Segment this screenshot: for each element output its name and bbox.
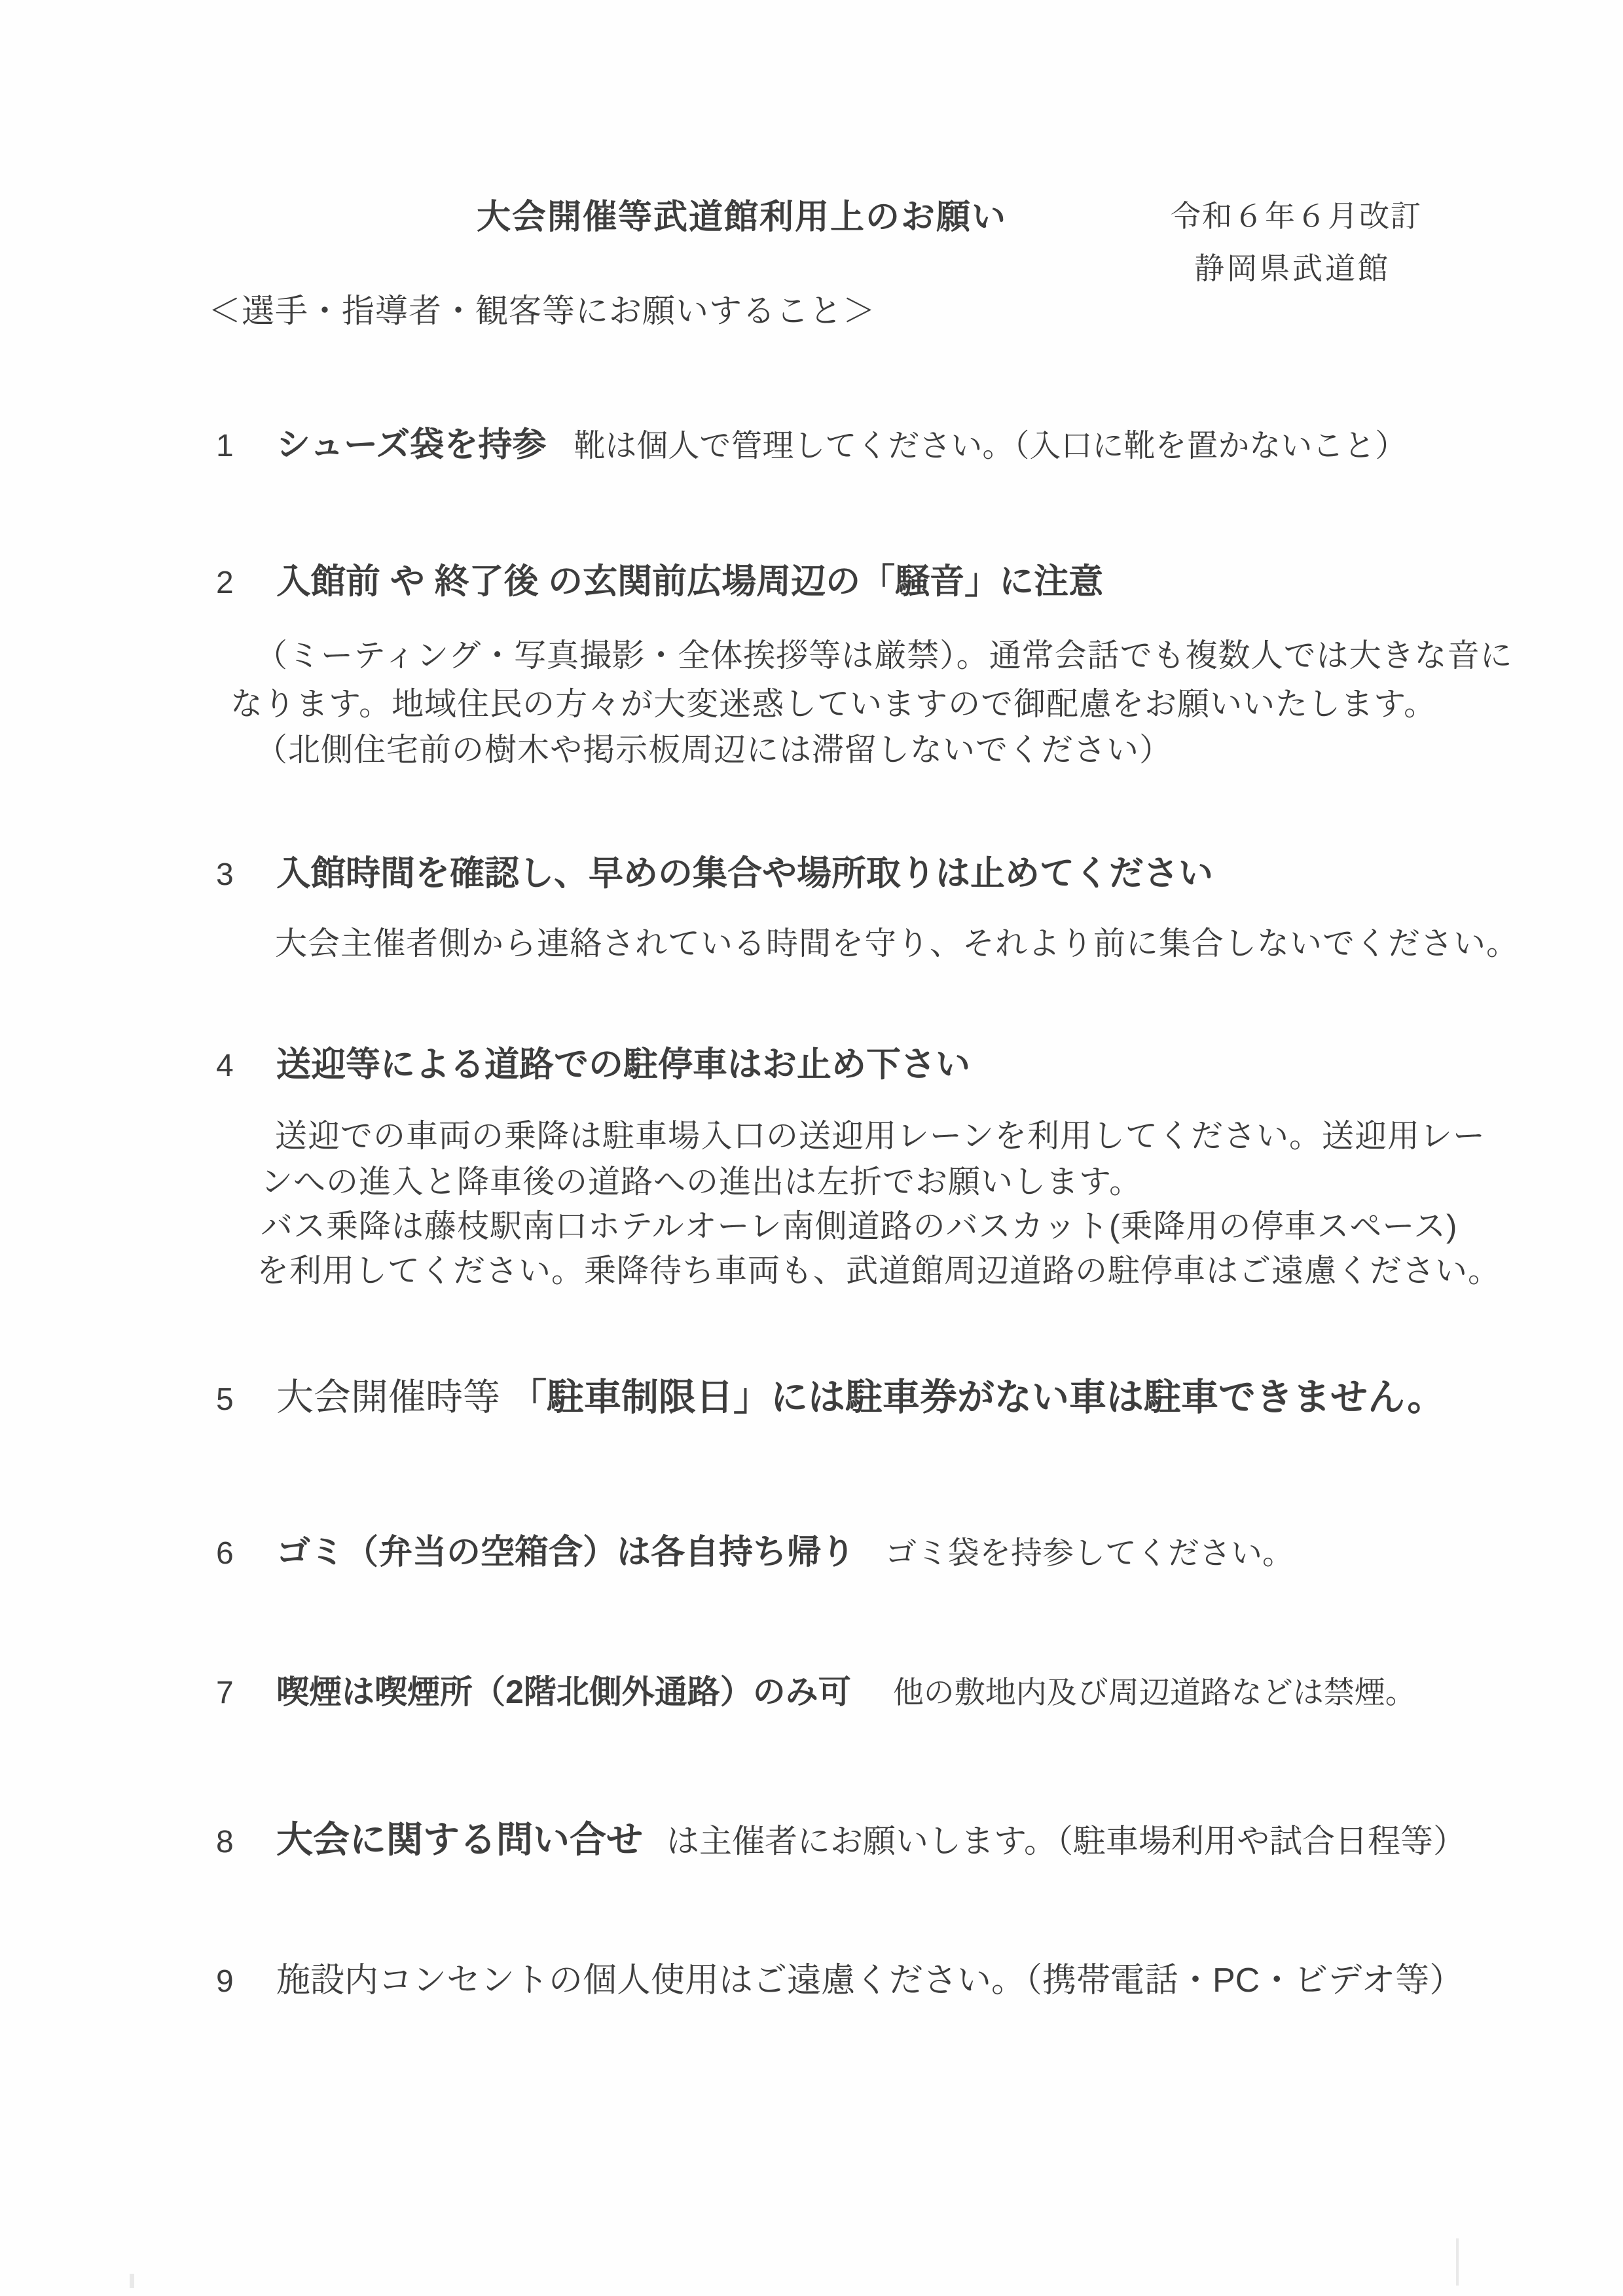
rule-item-7: 7喫煙は喫煙所（2階北側外通路）のみ可他の敷地内及び周辺道路などは禁煙。 [216,1672,1416,1713]
item-number: 4 [216,1047,276,1086]
item-number: 1 [216,427,276,466]
item-number: 8 [216,1823,276,1862]
item-2-body-line: （北側住宅前の樹木や掲示板周辺には滞留しないでください） [255,730,1172,770]
rule-item-1: 1シューズ袋を持参靴は個人で管理してください。（入口に靴を置かないこと） [216,424,1406,467]
revision-date: 令和６年６月改訂 [1171,198,1422,236]
rule-item-3: 3入館時間を確認し、早めの集合や場所取りは止めてください [216,852,1213,895]
item-4-body-line: を利用してください。乗降待ち車両も、武道館周辺道路の駐停車はご遠慮ください。 [257,1251,1501,1291]
rule-item-6: 6ゴミ（弁当の空箱含）は各自持ち帰りゴミ袋を持参してください。 [216,1532,1294,1574]
item-2-body-line: （ミーティング・写真撮影・全体挨拶等は厳禁）。通常会話でも複数人では大きな音に [255,636,1513,676]
scanned-notice-page: 大会開催等武道館利用上のお願い 令和６年６月改訂 静岡県武道館 ＜選手・指導者・… [0,0,1623,2296]
item-number: 2 [216,564,276,603]
item-text-bold: シューズ袋を持参 [276,426,546,464]
item-text-regular: 大会開催時等 [276,1376,500,1418]
item-text-bold: 送迎等による道路での駐停車はお止め下さい [276,1045,970,1084]
rule-item-9: 9施設内コンセントの個人使用はご遠慮ください。（携帯電話・PC・ビデオ等） [216,1960,1463,2002]
rule-item-2: 2入館前 や 終了後 の玄関前広場周辺の「騒音」に注意 [216,560,1103,603]
rule-item-5: 5大会開催時等「駐車制限日」には駐車券がない車は駐車できません。 [216,1374,1444,1421]
organization-name: 静岡県武道館 [1194,250,1391,288]
item-text-regular: ゴミ袋を持参してください。 [885,1536,1294,1571]
item-text-bold: 入館時間を確認し、早めの集合や場所取りは止めてください [276,854,1213,893]
page-title: 大会開催等武道館利用上のお願い [477,196,1007,239]
item-text-regular: は主催者にお願いします。（駐車場利用や試合日程等） [666,1823,1466,1859]
rule-item-8: 8大会に関する問い合せは主催者にお願いします。（駐車場利用や試合日程等） [216,1817,1466,1863]
item-text-regular: 施設内コンセントの個人使用はご遠慮ください。（携帯電話・PC・ビデオ等） [276,1962,1463,2000]
item-number: 7 [216,1674,276,1713]
scan-artifact [130,2274,134,2288]
scan-artifact [1456,2238,1459,2286]
item-text-bold: 入館前 や 終了後 の玄関前広場周辺の「騒音」に注意 [276,562,1103,601]
item-2-body-line: なります。地域住民の方々が大変迷惑していますので御配慮をお願いいたします。 [230,685,1436,725]
item-number: 9 [216,1962,276,2001]
rule-item-4: 4送迎等による道路での駐停車はお止め下さい [216,1043,970,1086]
item-text-bold: ゴミ（弁当の空箱含）は各自持ち帰り [276,1534,855,1571]
item-text-bold: 「駐車制限日」には駐車券がない車は駐車できません。 [509,1376,1444,1418]
item-4-body-line: ンへの進入と降車後の道路への進出は左折でお願いします。 [261,1162,1142,1202]
item-number: 3 [216,855,276,895]
item-4-body-line: 送迎での車両の乗降は駐車場入口の送迎用レーンを利用してください。送迎用レー [275,1117,1486,1157]
item-text-regular: 他の敷地内及び周辺道路などは禁煙。 [893,1675,1416,1710]
item-text-bold: 大会に関する問い合せ [276,1819,643,1860]
item-3-body-line: 大会主催者側から連絡されている時間を守り、それより前に集合しないでください。 [275,924,1519,964]
item-4-body-line: バス乗降は藤枝駅南口ホテルオーレ南側道路のバスカット(乗降用の停車スペース) [261,1207,1457,1247]
item-number: 5 [216,1380,276,1420]
item-text-bold: 喫煙は喫煙所（2階北側外通路）のみ可 [276,1674,851,1710]
audience-subtitle: ＜選手・指導者・観客等にお願いすること＞ [208,291,876,332]
item-number: 6 [216,1534,276,1573]
item-text-regular: 靴は個人で管理してください。（入口に靴を置かないこと） [574,429,1406,463]
